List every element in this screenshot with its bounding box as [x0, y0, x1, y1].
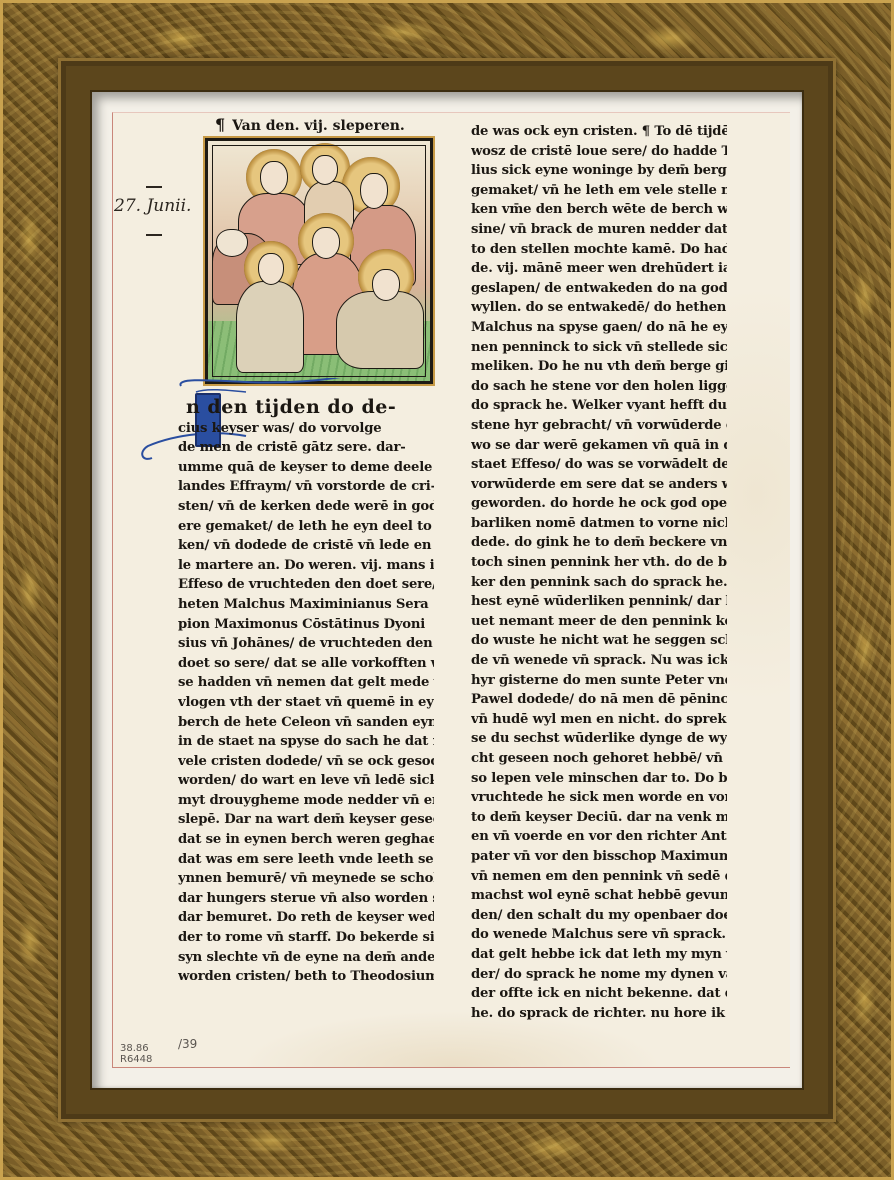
text-line: Malchus na spyse gaen/ do nā he ey- — [471, 318, 727, 338]
text-line: dat was em sere leeth vnde leeth se dar — [178, 850, 434, 870]
text-line: pion Maximonus Cōstātinus Dyoni — [178, 615, 434, 635]
text-line: hest eynē wūderliken pennink/ dar le- — [471, 592, 727, 612]
text-line: n den tijden do de- — [178, 398, 434, 418]
chapter-heading: ¶ Van den. vij. sleperen. — [215, 115, 405, 134]
text-line: wo se dar werē gekamen vn̄ quā in de — [471, 436, 727, 456]
pilcrow-icon: ¶ — [215, 115, 225, 134]
text-line: se du sechst wūderlike dynge de wy ni — [471, 729, 727, 749]
text-line: staet Effeso/ do was se vorwādelt des — [471, 455, 727, 475]
text-line: der/ do sprack he nome my dynen va- — [471, 965, 727, 985]
text-line: vele cristen dodede/ vn̄ se ock gesocht — [178, 752, 434, 772]
text-line: uet nemant meer de den pennink kent. — [471, 612, 727, 632]
text-line: slepē. Dar na wart dem̄ keyser gesecht — [178, 810, 434, 830]
right-text-column: de was ock eyn cristen. ¶ To dē tijdē wo… — [471, 122, 727, 1023]
text-line: vlogen vth der staet vn̄ quemē in eynē — [178, 693, 434, 713]
text-line: doet so sere/ dat se alle vorkofften wat — [178, 654, 434, 674]
woodcut-inner-border — [212, 145, 426, 377]
text-line: vruchtede he sick men worde en vorē — [471, 788, 727, 808]
text-line: hyr gisterne do men sunte Peter vnde — [471, 671, 727, 691]
left-text-column: n den tijden do de- cius keyser was/ do … — [178, 398, 434, 987]
woodcut-seven-sleepers — [205, 138, 433, 384]
text-line: de vn̄ wenede vn̄ sprack. Nu was ick — [471, 651, 727, 671]
text-line: do sprack he. Welker vyant hefft dusse — [471, 396, 727, 416]
text-line: de. vij. mānē meer wen drehūdert iar — [471, 259, 727, 279]
text-line: worden/ do wart en leve vn̄ ledē sick — [178, 771, 434, 791]
text-line: lius sick eyne woninge by dem̄ berghe — [471, 161, 727, 181]
text-line: se hadden vn̄ nemen dat gelt mede vn̄ — [178, 673, 434, 693]
text-line: der to rome vn̄ starff. Do bekerde sick — [178, 928, 434, 948]
text-line: so lepen vele minschen dar to. Do be- — [471, 769, 727, 789]
text-line: geworden. do horde he ock god open- — [471, 494, 727, 514]
text-line: vn̄ hudē wyl men en nicht. do spreken — [471, 710, 727, 730]
text-line: wyllen. do se entwakedē/ do hethen se — [471, 298, 727, 318]
text-line: le martere an. Do weren. vij. mans in — [178, 556, 434, 576]
text-line: der offte ick en nicht bekenne. dat dede — [471, 984, 727, 1004]
text-line: geslapen/ de entwakeden do na godes — [471, 279, 727, 299]
margin-underline-mark — [146, 234, 162, 236]
text-line: machst wol eynē schat hebbē gevun- — [471, 886, 727, 906]
text-line: en vn̄ voerde en vor den richter Anti — [471, 827, 727, 847]
text-line: dat se in eynen berch weren geghaen. — [178, 830, 434, 850]
text-line: vorwūderde em sere dat se anders was — [471, 475, 727, 495]
text-line: syn slechte vn̄ de eyne na dem̄ anderen — [178, 948, 434, 968]
text-line: cht geseen noch gehoret hebbē/ vn̄ al- — [471, 749, 727, 769]
text-line: ere gemaket/ de leth he eyn deel to bre — [178, 517, 434, 537]
text-line: dat gelt hebbe ick dat leth my myn va — [471, 945, 727, 965]
text-line: de was ock eyn cristen. ¶ To dē tijdē — [471, 122, 727, 142]
text-line: gemaket/ vn̄ he leth em vele stelle ma- — [471, 181, 727, 201]
accession-line-1: 38.86 — [120, 1043, 152, 1054]
accession-slash: /39 — [178, 1039, 197, 1050]
text-line: den/ den schalt du my openbaer doen/ — [471, 906, 727, 926]
text-line: myt drouygheme mode nedder vn̄ ent — [178, 791, 434, 811]
text-line: Pawel dodede/ do nā men dē pēninck — [471, 690, 727, 710]
margin-dash-mark — [146, 186, 162, 188]
text-line: ker den pennink sach do sprack he. du — [471, 573, 727, 593]
text-line: toch sinen pennink her vth. do de bec- — [471, 553, 727, 573]
text-line: to den stellen mochte kamē. Do haddē — [471, 240, 727, 260]
text-line: he. do sprack de richter. nu hore ik wol — [471, 1004, 727, 1024]
text-line: cius keyser was/ do vorvolge — [178, 419, 434, 439]
text-line: dar hungers sterue vn̄ also worden se — [178, 889, 434, 909]
text-line: dede. do gink he to dem̄ beckere vnde — [471, 533, 727, 553]
text-line: heten Malchus Maximinianus Sera — [178, 595, 434, 615]
text-line: umme quā de keyser to deme deele des — [178, 458, 434, 478]
text-line: sine/ vn̄ brack de muren nedder datmē — [471, 220, 727, 240]
text-line: sius vn̄ Johānes/ de vruchteden den — [178, 634, 434, 654]
margin-date-note: 27. Junii. — [114, 196, 191, 216]
text-line: pater vn̄ vor den bisschop Maximum — [471, 847, 727, 867]
text-line: ken/ vn̄ dodede de cristē vn̄ lede en ve — [178, 536, 434, 556]
text-line: worden cristen/ beth to Theodosium/ — [178, 967, 434, 987]
accession-number: 38.86 /39 R6448 — [120, 1043, 152, 1065]
text-line: wosz de cristē loue sere/ do hadde Ta — [471, 142, 727, 162]
text-line: do wuste he nicht wat he seggen schol — [471, 631, 727, 651]
text-line: vn̄ nemen em den pennink vn̄ sedē du — [471, 867, 727, 887]
text-line: sten/ vn̄ de kerken dede werē in godes — [178, 497, 434, 517]
text-line: ynnen bemurē/ vn̄ meynede se scholdē — [178, 869, 434, 889]
text-line: landes Effraym/ vn̄ vorstorde de cri- — [178, 477, 434, 497]
accession-line-2: R6448 — [120, 1054, 152, 1065]
text-line: to dem̄ keyser Deciū. dar na venk men — [471, 808, 727, 828]
text-line: stene hyr gebracht/ vn̄ vorwūderde en — [471, 416, 727, 436]
text-line: ken vm̄e den berch wēte de berch was — [471, 200, 727, 220]
text-line: do wenede Malchus sere vn̄ sprack. — [471, 925, 727, 945]
text-line: in de staet na spyse do sach he dat men — [178, 732, 434, 752]
text-line: de men de cristē gātz sere. dar- — [178, 438, 434, 458]
text-line: berch de hete Celeon vn̄ sanden eynē — [178, 713, 434, 733]
chapter-heading-text: Van den. vij. sleperen. — [232, 118, 405, 134]
text-line: do sach he stene vor den holen liggen. — [471, 377, 727, 397]
text-line: dar bemuret. Do reth de keyser wed- — [178, 908, 434, 928]
text-line: barliken nomē datmen to vorne nicht — [471, 514, 727, 534]
text-line: meliken. Do he nu vth dem̄ berge gink — [471, 357, 727, 377]
text-line: Effeso de vruchteden den doet sere/ de — [178, 575, 434, 595]
text-line: nen penninck to sick vn̄ stellede sick e… — [471, 338, 727, 358]
